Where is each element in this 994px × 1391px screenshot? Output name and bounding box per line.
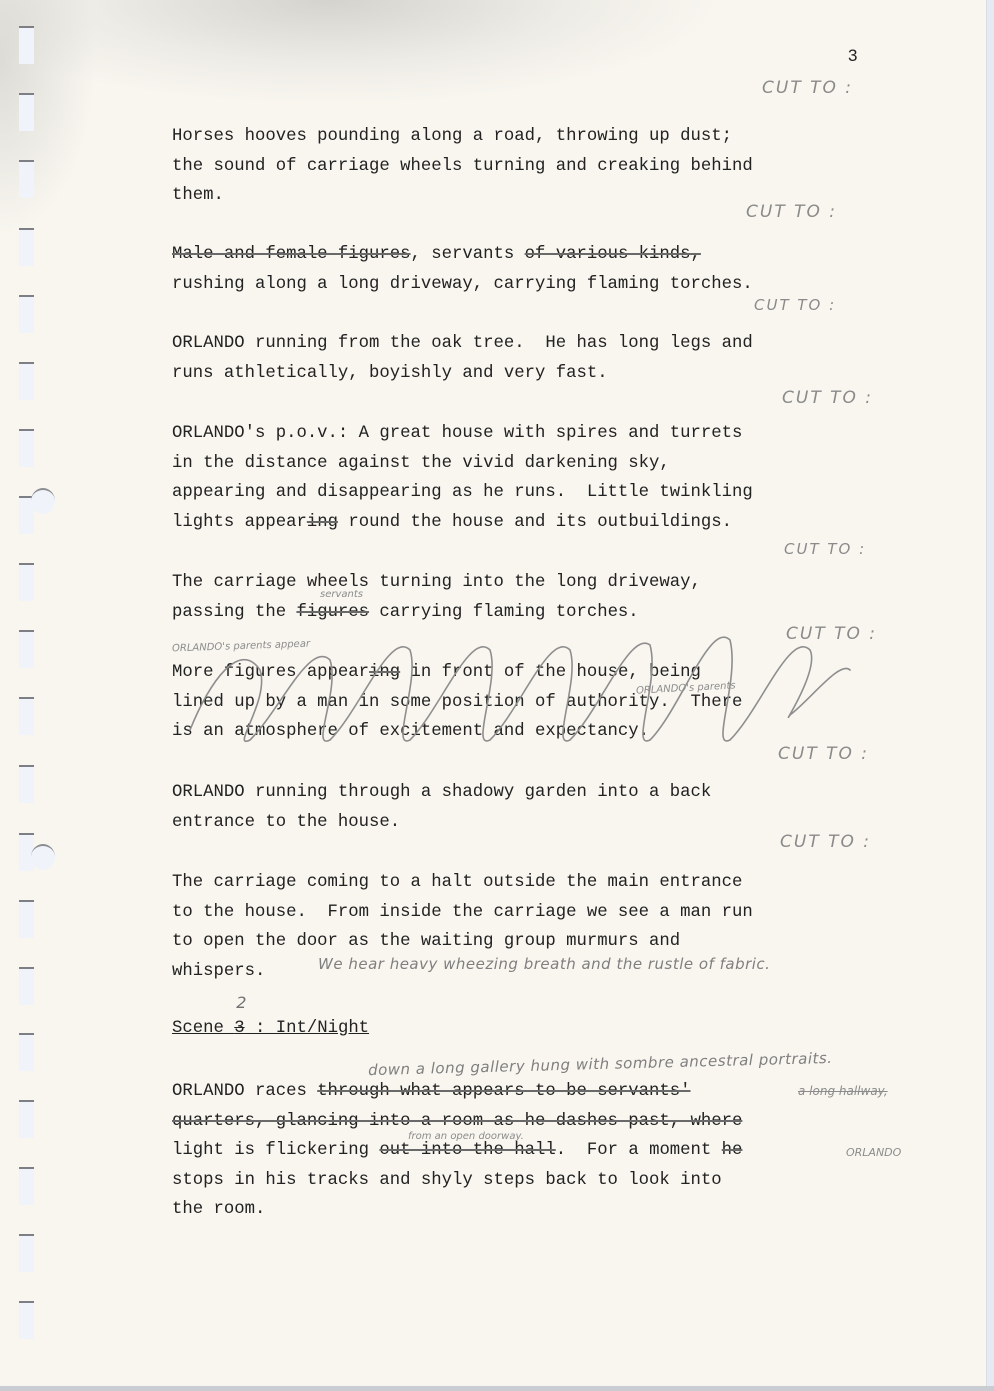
typed-text: stops in his tracks and shyly steps back…: [172, 1171, 722, 1190]
paragraph-pov: ORLANDO's p.o.v.: A great house with spi…: [172, 419, 872, 537]
cut-to-annotation: CUT TO :: [786, 624, 877, 644]
typed-text: them.: [172, 186, 224, 205]
parents-appear-insert: ORLANDO's parents appear: [172, 639, 310, 655]
binder-hole: [19, 967, 34, 1005]
struck-text: of various kinds,: [525, 245, 701, 264]
typed-text: The carriage wheels turning into the lon…: [172, 573, 701, 592]
typed-text: entrance to the house.: [172, 813, 400, 832]
typed-text: the sound of carriage wheels turning and…: [172, 157, 753, 176]
binder-hole: [19, 765, 34, 803]
text-line: quarters, glancing into a room as he das…: [172, 1107, 872, 1137]
scene-heading: Scene 32 : Int/Night: [172, 1019, 369, 1038]
text-line: runs athletically, boyishly and very fas…: [172, 359, 872, 389]
binder-hole: [19, 697, 34, 735]
text-line: light is flickering out into the hall. F…: [172, 1136, 872, 1166]
cut-to-annotation: CUT TO :: [778, 744, 869, 764]
paragraph-orlando-races: ORLANDO races through what appears to be…: [172, 1077, 872, 1225]
binder-hole: [19, 1033, 34, 1071]
typed-text: , servants: [411, 245, 525, 264]
typed-text: to open the door as the waiting group mu…: [172, 932, 680, 951]
typed-text: to the house. From inside the carriage w…: [172, 903, 753, 922]
paragraph-more-figures: More figures appearing in front of the h…: [172, 658, 872, 747]
text-line: ORLANDO running through a shadowy garden…: [172, 778, 872, 808]
paragraph-orlando-running: ORLANDO running from the oak tree. He ha…: [172, 329, 872, 388]
typed-text: lined up by a man in some position of au…: [172, 693, 742, 712]
scene-heading-prefix: Scene: [172, 1019, 234, 1038]
script-page: 3 CUT TO : CUT TO : CUT TO : CUT TO : CU…: [0, 0, 994, 1391]
text-line: Horses hooves pounding along a road, thr…: [172, 122, 872, 152]
text-line: The carriage wheels turning into the lon…: [172, 568, 872, 598]
text-line: in the distance against the vivid darken…: [172, 449, 872, 479]
typed-text: Horses hooves pounding along a road, thr…: [172, 127, 732, 146]
round-punch-hole: [31, 844, 55, 870]
gallery-note: down a long gallery hung with sombre anc…: [368, 1049, 833, 1079]
text-line: passing the figures carrying flaming tor…: [172, 598, 872, 628]
text-line: the sound of carriage wheels turning and…: [172, 152, 872, 182]
struck-text: ing: [369, 663, 400, 682]
struck-text: quarters, glancing into a room as he das…: [172, 1112, 742, 1131]
text-line: whispers.: [172, 957, 872, 987]
text-line: Male and female figures, servants of var…: [172, 240, 872, 270]
typed-text: round the house and its outbuildings.: [338, 513, 732, 532]
typed-text: is an atmosphere of excitement and expec…: [172, 722, 649, 741]
text-line: lights appearing round the house and its…: [172, 508, 872, 538]
scene-number-correction: 2: [236, 993, 247, 1012]
typed-text: rushing along a long driveway, carrying …: [172, 275, 753, 294]
binder-hole: [19, 93, 34, 131]
text-line: lined up by a man in some position of au…: [172, 688, 872, 718]
binder-hole: [19, 160, 34, 198]
struck-text: ing: [307, 513, 338, 532]
binder-hole: [19, 1100, 34, 1138]
text-line: ORLANDO's p.o.v.: A great house with spi…: [172, 419, 872, 449]
text-line: ORLANDO running from the oak tree. He ha…: [172, 329, 872, 359]
binder-hole: [19, 1167, 34, 1205]
struck-text: out into the hall: [379, 1141, 555, 1160]
text-line: ORLANDO races through what appears to be…: [172, 1077, 872, 1107]
text-line: stops in his tracks and shyly steps back…: [172, 1166, 872, 1196]
typed-text: the room.: [172, 1200, 265, 1219]
typed-text: lights appear: [172, 513, 307, 532]
typed-text: whispers.: [172, 962, 265, 981]
typed-text: carrying flaming torches.: [369, 603, 639, 622]
binder-hole: [19, 1301, 34, 1339]
binder-hole: [19, 900, 34, 938]
typed-text: light is flickering: [172, 1141, 379, 1160]
typed-text: More figures appear: [172, 663, 369, 682]
page-bottom-edge: [0, 1386, 994, 1391]
text-line: is an atmosphere of excitement and expec…: [172, 717, 872, 747]
paragraph-horses: Horses hooves pounding along a road, thr…: [172, 122, 872, 211]
text-line: to open the door as the waiting group mu…: [172, 927, 872, 957]
text-line: them.: [172, 181, 872, 211]
text-line: The carriage coming to a halt outside th…: [172, 868, 872, 898]
cut-to-annotation: CUT TO :: [762, 78, 853, 98]
typed-text: . For a moment: [556, 1141, 722, 1160]
typed-text: ORLANDO's p.o.v.: A great house with spi…: [172, 424, 742, 443]
paragraph-servants: Male and female figures, servants of var…: [172, 240, 872, 299]
binder-hole: [19, 362, 34, 400]
struck-text: through what appears to be servants': [317, 1082, 690, 1101]
typed-text: ORLANDO running from the oak tree. He ha…: [172, 334, 753, 353]
text-line: entrance to the house.: [172, 808, 872, 838]
paragraph-carriage-wheels: The carriage wheels turning into the lon…: [172, 568, 872, 627]
binder-hole: [19, 228, 34, 266]
binder-hole: [19, 295, 34, 333]
paragraph-carriage-halt: The carriage coming to a halt outside th…: [172, 868, 872, 986]
typed-text: in front of the house, being: [400, 663, 701, 682]
text-line: More figures appearing in front of the h…: [172, 658, 872, 688]
typed-text: appearing and disappearing as he runs. L…: [172, 483, 753, 502]
cut-to-annotation: CUT TO :: [782, 388, 873, 408]
scene-heading-suffix: : Int/Night: [245, 1019, 369, 1038]
typed-text: passing the: [172, 603, 296, 622]
paragraph-garden: ORLANDO running through a shadowy garden…: [172, 778, 872, 837]
binder-hole: [19, 26, 34, 64]
text-line: appearing and disappearing as he runs. L…: [172, 478, 872, 508]
struck-text: he: [722, 1141, 743, 1160]
typed-text: in the distance against the vivid darken…: [172, 454, 670, 473]
text-line: the room.: [172, 1195, 872, 1225]
typed-text: The carriage coming to a halt outside th…: [172, 873, 742, 892]
binder-hole: [19, 1234, 34, 1272]
round-punch-hole: [31, 488, 55, 514]
text-line: rushing along a long driveway, carrying …: [172, 270, 872, 300]
binder-hole: [19, 563, 34, 601]
scene-number-original-text: 3: [234, 1019, 244, 1038]
binder-hole: [19, 429, 34, 467]
page-right-edge: [986, 0, 994, 1391]
text-line: to the house. From inside the carriage w…: [172, 898, 872, 928]
struck-text: Male and female figures: [172, 245, 411, 264]
binder-hole: [19, 630, 34, 668]
typed-text: runs athletically, boyishly and very fas…: [172, 364, 608, 383]
struck-text: figures: [296, 603, 369, 622]
scene-number-original: 32: [234, 1019, 244, 1038]
cut-to-annotation: CUT TO :: [784, 540, 866, 558]
typed-text: ORLANDO running through a shadowy garden…: [172, 783, 711, 802]
typed-text: ORLANDO races: [172, 1082, 317, 1101]
page-number: 3: [848, 46, 857, 66]
